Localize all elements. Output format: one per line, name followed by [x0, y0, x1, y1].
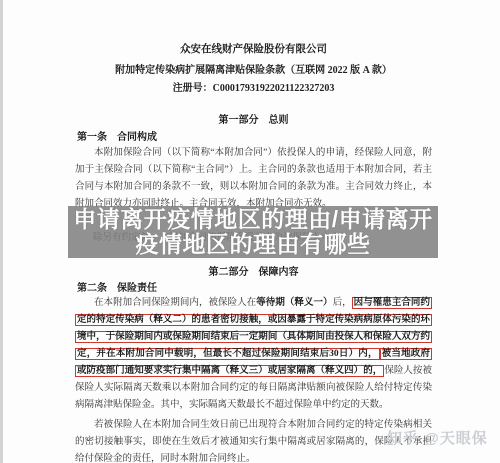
- document-screenshot: 众安在线财产保险股份有限公司 附加特定传染病扩展隔离津贴保险条款（互联网 202…: [0, 0, 500, 463]
- article2-paragraph-1: 在本附加合同保险期间内，被保险人在等待期（释义一）后，因与罹患主合同约定的特定传…: [75, 295, 432, 414]
- article2-paragraph-2: 若被保险人在本附加合同生效日前已出现符合本附加合同约定的特定传染病相关的密切接触…: [75, 417, 432, 463]
- article1-heading: 第一条 合同构成: [77, 128, 157, 143]
- clause-segment-normal: 后，: [333, 298, 352, 308]
- clause-segment-normal: 在本附加合同保险期间内，被保险人在: [94, 298, 256, 308]
- part1-heading: 第一部分 总则: [75, 111, 432, 126]
- caption-line-1: 申请离开疫情地区的理由/申请离开: [73, 207, 432, 232]
- page-left-edge: [0, 0, 3, 463]
- caption-line-2: 疫情地区的理由有哪些: [136, 232, 371, 257]
- article2-heading: 第二条 保险责任: [77, 279, 157, 294]
- caption-overlay-band: 申请离开疫情地区的理由/申请离开 疫情地区的理由有哪些: [68, 206, 438, 258]
- clause-segment-bold: 等待期（释义一）: [256, 298, 332, 308]
- policy-title: 附加特定传染病扩展隔离津贴保险条款（互联网 2022 版 A 款）: [75, 61, 432, 76]
- company-name: 众安在线财产保险股份有限公司: [75, 41, 432, 56]
- registration-number: 注册号：C00017931922021122327203: [75, 79, 432, 94]
- part2-heading: 第二部分 保障内容: [75, 263, 432, 278]
- article1-paragraph: 本附加保险合同（以下简称“本附加合同”）依投保人的申请，经保险人同意，附加于主保…: [75, 145, 432, 213]
- zhihu-watermark: 知乎 @天眼保: [387, 427, 488, 448]
